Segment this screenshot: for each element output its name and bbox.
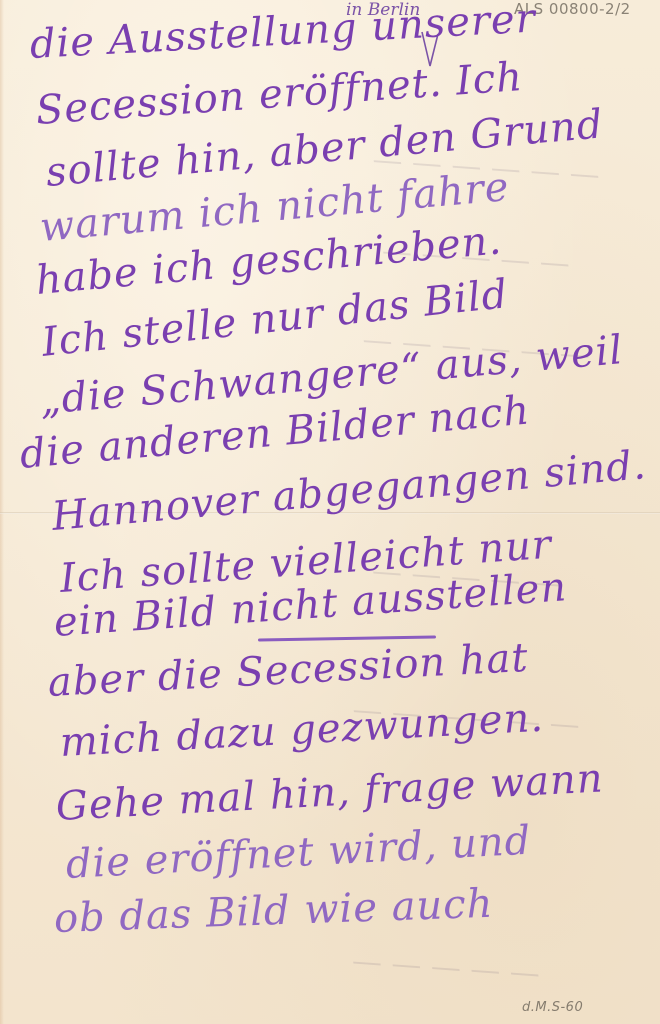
archive-signature-label: d.M.S-60 [522,1000,583,1015]
